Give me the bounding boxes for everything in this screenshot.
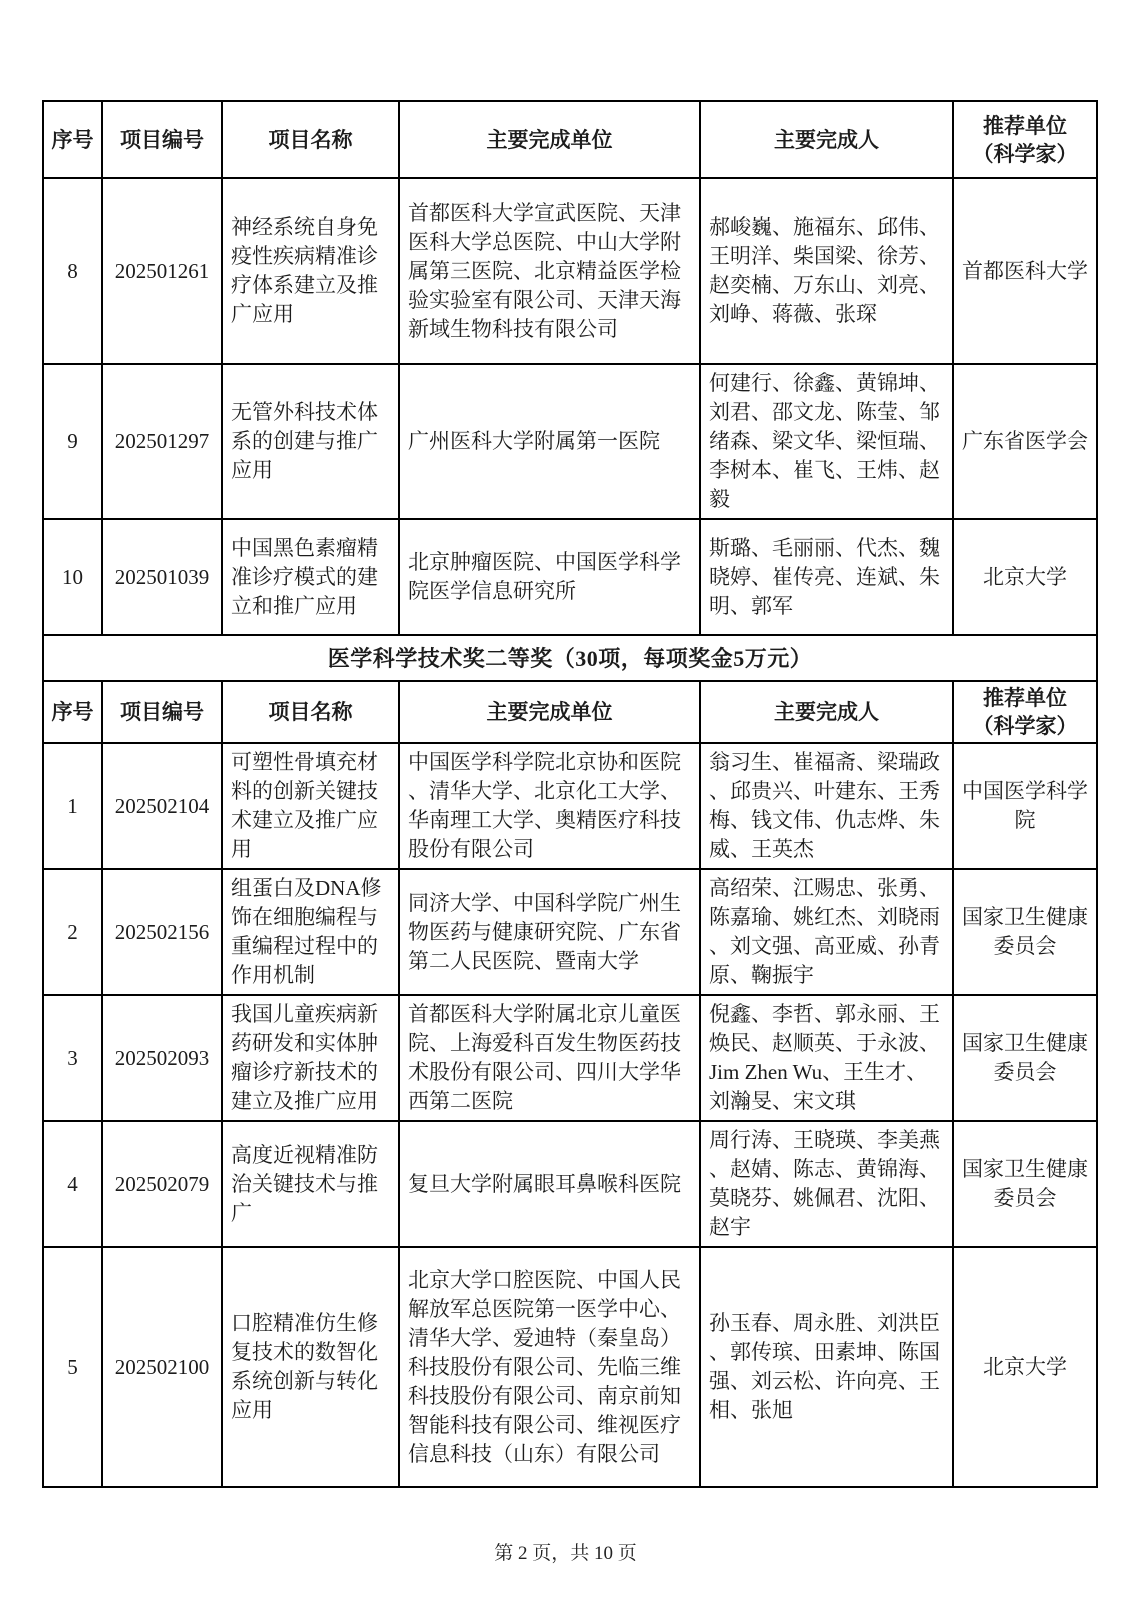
col-header-project-code: 项目编号 — [102, 101, 222, 178]
table-row: 1 202502104 可塑性骨填充材料的创新关键技术建立及推广应用 中国医学科… — [43, 743, 1097, 869]
col-header-seq: 序号 — [43, 101, 102, 178]
table-header-row: 序号 项目编号 项目名称 主要完成单位 主要完成人 推荐单位 （科学家） — [43, 681, 1097, 743]
cell-seq: 5 — [43, 1247, 102, 1487]
cell-project-name: 可塑性骨填充材料的创新关键技术建立及推广应用 — [222, 743, 399, 869]
cell-units: 首都医科大学附属北京儿童医院、上海爱科百发生物医药技术股份有限公司、四川大学华西… — [399, 995, 700, 1121]
cell-seq: 1 — [43, 743, 102, 869]
col-header-recommender: 推荐单位 （科学家） — [953, 681, 1097, 743]
cell-people: 孙玉春、周永胜、刘洪臣、郭传瑸、田素坤、陈国强、刘云松、许向亮、王相、张旭 — [700, 1247, 953, 1487]
col-header-project-code: 项目编号 — [102, 681, 222, 743]
cell-project-code: 202502093 — [102, 995, 222, 1121]
col-header-recommender-line1: 推荐单位 — [956, 684, 1094, 712]
col-header-recommender-line2: （科学家） — [956, 140, 1094, 168]
col-header-people: 主要完成人 — [700, 681, 953, 743]
cell-project-code: 202501039 — [102, 519, 222, 635]
cell-seq: 10 — [43, 519, 102, 635]
cell-recommender: 北京大学 — [953, 1247, 1097, 1487]
cell-people: 周行涛、王晓瑛、李美燕、赵婧、陈志、黄锦海、莫晓芬、姚佩君、沈阳、赵宇 — [700, 1121, 953, 1247]
cell-units: 北京肿瘤医院、中国医学科学院医学信息研究所 — [399, 519, 700, 635]
table-header-row: 序号 项目编号 项目名称 主要完成单位 主要完成人 推荐单位 （科学家） — [43, 101, 1097, 178]
cell-project-name: 口腔精准仿生修复技术的数智化系统创新与转化应用 — [222, 1247, 399, 1487]
cell-seq: 8 — [43, 178, 102, 364]
table-row: 9 202501297 无管外科技术体系的创建与推广应用 广州医科大学附属第一医… — [43, 364, 1097, 519]
col-header-seq: 序号 — [43, 681, 102, 743]
cell-project-code: 202502156 — [102, 869, 222, 995]
table-row: 2 202502156 组蛋白及DNA修饰在细胞编程与重编程过程中的作用机制 同… — [43, 869, 1097, 995]
cell-project-code: 202502100 — [102, 1247, 222, 1487]
cell-people: 高绍荣、江赐忠、张勇、陈嘉瑜、姚红杰、刘晓雨、刘文强、高亚威、孙青原、鞠振宇 — [700, 869, 953, 995]
cell-seq: 2 — [43, 869, 102, 995]
cell-project-code: 202502104 — [102, 743, 222, 869]
cell-project-name: 高度近视精准防治关键技术与推广 — [222, 1121, 399, 1247]
section-title: 医学科学技术奖二等奖（30项，每项奖金5万元） — [43, 635, 1097, 681]
awards-table: 序号 项目编号 项目名称 主要完成单位 主要完成人 推荐单位 （科学家） 8 2… — [42, 100, 1098, 1488]
cell-units: 广州医科大学附属第一医院 — [399, 364, 700, 519]
cell-recommender: 中国医学科学院 — [953, 743, 1097, 869]
col-header-recommender-line1: 推荐单位 — [956, 112, 1094, 140]
cell-project-code: 202501261 — [102, 178, 222, 364]
cell-people: 倪鑫、李哲、郭永丽、王焕民、赵顺英、于永波、Jim Zhen Wu、王生才、刘瀚… — [700, 995, 953, 1121]
cell-seq: 9 — [43, 364, 102, 519]
table-row: 8 202501261 神经系统自身免疫性疾病精准诊疗体系建立及推广应用 首都医… — [43, 178, 1097, 364]
cell-recommender: 国家卫生健康委员会 — [953, 869, 1097, 995]
col-header-recommender-line2: （科学家） — [956, 712, 1094, 740]
table-row: 3 202502093 我国儿童疾病新药研发和实体肿瘤诊疗新技术的建立及推广应用… — [43, 995, 1097, 1121]
table-row: 5 202502100 口腔精准仿生修复技术的数智化系统创新与转化应用 北京大学… — [43, 1247, 1097, 1487]
page-footer: 第 2 页，共 10 页 — [0, 1538, 1131, 1565]
col-header-units: 主要完成单位 — [399, 681, 700, 743]
cell-project-code: 202501297 — [102, 364, 222, 519]
cell-units: 复旦大学附属眼耳鼻喉科医院 — [399, 1121, 700, 1247]
cell-people: 郝峻巍、施福东、邱伟、王明洋、柴国梁、徐芳、赵奕楠、万东山、刘亮、刘峥、蒋薇、张… — [700, 178, 953, 364]
cell-recommender: 北京大学 — [953, 519, 1097, 635]
cell-recommender: 首都医科大学 — [953, 178, 1097, 364]
document-page: 序号 项目编号 项目名称 主要完成单位 主要完成人 推荐单位 （科学家） 8 2… — [0, 0, 1131, 1600]
table-row: 10 202501039 中国黑色素瘤精准诊疗模式的建立和推广应用 北京肿瘤医院… — [43, 519, 1097, 635]
cell-project-code: 202502079 — [102, 1121, 222, 1247]
table-row: 4 202502079 高度近视精准防治关键技术与推广 复旦大学附属眼耳鼻喉科医… — [43, 1121, 1097, 1247]
col-header-recommender: 推荐单位 （科学家） — [953, 101, 1097, 178]
col-header-project-name: 项目名称 — [222, 101, 399, 178]
cell-people: 何建行、徐鑫、黄锦坤、刘君、邵文龙、陈莹、邹绪森、梁文华、梁恒瑞、李树本、崔飞、… — [700, 364, 953, 519]
cell-recommender: 广东省医学会 — [953, 364, 1097, 519]
cell-seq: 3 — [43, 995, 102, 1121]
cell-units: 北京大学口腔医院、中国人民解放军总医院第一医学中心、清华大学、爱迪特（秦皇岛）科… — [399, 1247, 700, 1487]
page-number-text: 第 2 页，共 10 页 — [494, 1543, 637, 1564]
col-header-people: 主要完成人 — [700, 101, 953, 178]
cell-seq: 4 — [43, 1121, 102, 1247]
cell-recommender: 国家卫生健康委员会 — [953, 995, 1097, 1121]
cell-units: 同济大学、中国科学院广州生物医药与健康研究院、广东省第二人民医院、暨南大学 — [399, 869, 700, 995]
cell-project-name: 我国儿童疾病新药研发和实体肿瘤诊疗新技术的建立及推广应用 — [222, 995, 399, 1121]
cell-units: 中国医学科学院北京协和医院、清华大学、北京化工大学、华南理工大学、奥精医疗科技股… — [399, 743, 700, 869]
cell-project-name: 中国黑色素瘤精准诊疗模式的建立和推广应用 — [222, 519, 399, 635]
cell-project-name: 无管外科技术体系的创建与推广应用 — [222, 364, 399, 519]
section-title-row: 医学科学技术奖二等奖（30项，每项奖金5万元） — [43, 635, 1097, 681]
col-header-project-name: 项目名称 — [222, 681, 399, 743]
cell-people: 斯璐、毛丽丽、代杰、魏晓婷、崔传亮、连斌、朱明、郭军 — [700, 519, 953, 635]
cell-project-name: 组蛋白及DNA修饰在细胞编程与重编程过程中的作用机制 — [222, 869, 399, 995]
cell-project-name: 神经系统自身免疫性疾病精准诊疗体系建立及推广应用 — [222, 178, 399, 364]
cell-people: 翁习生、崔福斋、梁瑞政、邱贵兴、叶建东、王秀梅、钱文伟、仇志烨、朱威、王英杰 — [700, 743, 953, 869]
col-header-units: 主要完成单位 — [399, 101, 700, 178]
cell-units: 首都医科大学宣武医院、天津医科大学总医院、中山大学附属第三医院、北京精益医学检验… — [399, 178, 700, 364]
cell-recommender: 国家卫生健康委员会 — [953, 1121, 1097, 1247]
